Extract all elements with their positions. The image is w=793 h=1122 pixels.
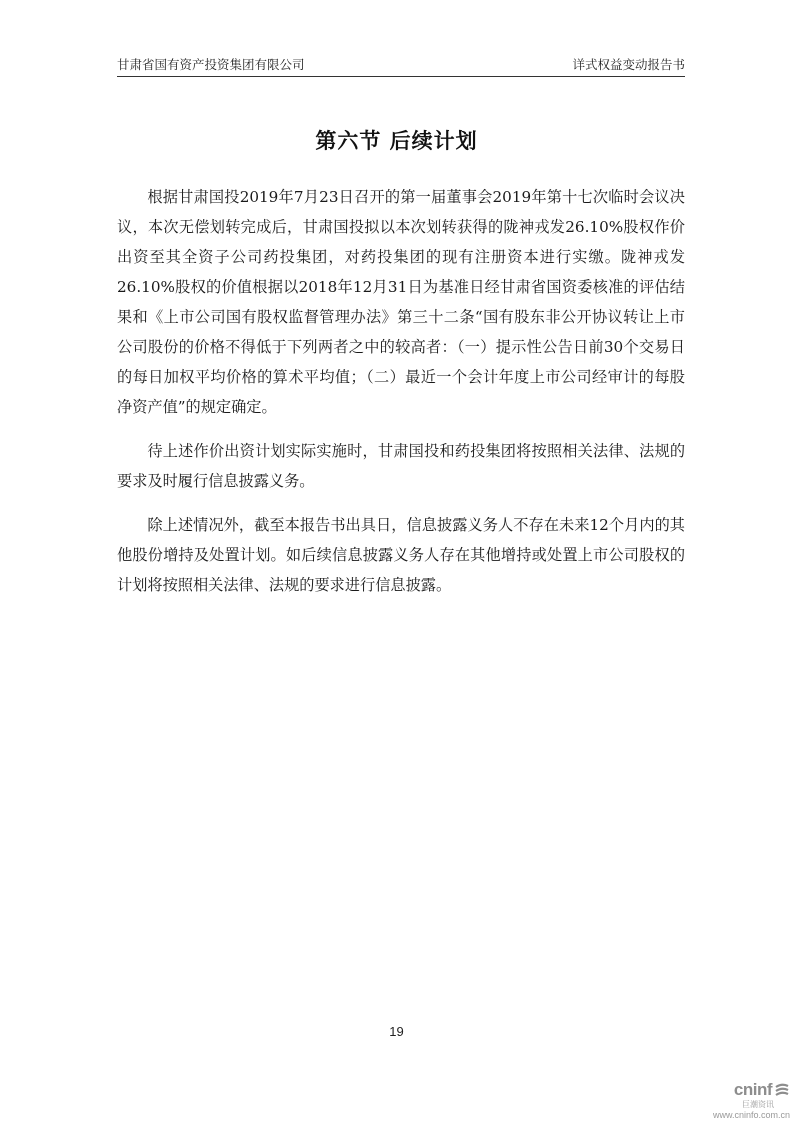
cninfo-watermark: cninf 巨潮资讯 www.cninfo.com.cn — [712, 1080, 790, 1121]
page-header: 甘肃省国有资产投资集团有限公司 详式权益变动报告书 — [117, 53, 685, 77]
paragraph-disclosure-obligation: 待上述作价出资计划实际实施时，甘肃国投和药投集团将按照相关法律、法规的要求及时履… — [117, 436, 685, 496]
paragraph-other-plans: 除上述情况外，截至本报告书出具日，信息披露义务人不存在未来12个月内的其他股份增… — [117, 510, 685, 600]
paragraph-plan-details: 根据甘肃国投2019年7月23日召开的第一届董事会2019年第十七次临时会议决议… — [117, 182, 685, 422]
watermark-brand-text: cninf — [734, 1080, 772, 1100]
section-title: 第六节 后续计划 — [0, 125, 793, 155]
watermark-url: www.cninfo.com.cn — [712, 1110, 790, 1121]
page-number: 19 — [0, 1024, 793, 1039]
cninfo-logo-icon — [774, 1083, 790, 1097]
header-document-type: 详式权益变动报告书 — [572, 55, 685, 73]
header-company-name: 甘肃省国有资产投资集团有限公司 — [117, 55, 305, 73]
document-body: 根据甘肃国投2019年7月23日召开的第一届董事会2019年第十七次临时会议决议… — [117, 182, 685, 614]
watermark-subtitle: 巨潮资讯 — [712, 1100, 774, 1110]
watermark-brand: cninf — [712, 1080, 790, 1100]
